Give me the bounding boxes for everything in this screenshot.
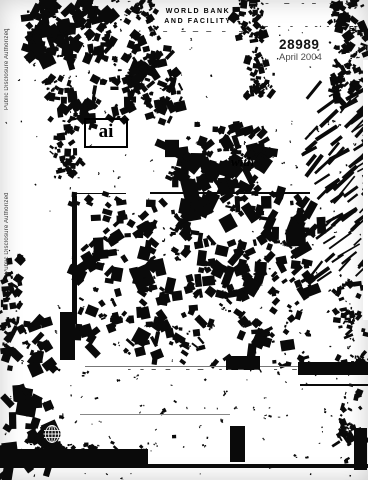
report-date: April 2004 [279, 52, 322, 63]
org-banner: WORLD BANK AND FACILITY [150, 3, 246, 35]
title-fragment-ai: ai [84, 118, 128, 148]
org-banner-line2: AND FACILITY [150, 17, 246, 27]
scanned-cover-page: WORLD BANK AND FACILITY 28989 April 2004… [0, 0, 368, 480]
corner-mark: E1 [349, 26, 358, 33]
report-number: 28989 [279, 37, 320, 52]
title-fragment-with: with [231, 154, 254, 170]
org-banner-line1: WORLD BANK [150, 7, 246, 17]
margin-stamp-public-disclosure-top: Public Disclosure Authorized [4, 34, 17, 110]
margin-stamp-public-disclosure-middle: Public Disclosure Authorized [4, 198, 17, 274]
scan-noise-layer [0, 0, 368, 480]
globe-icon [42, 424, 62, 444]
